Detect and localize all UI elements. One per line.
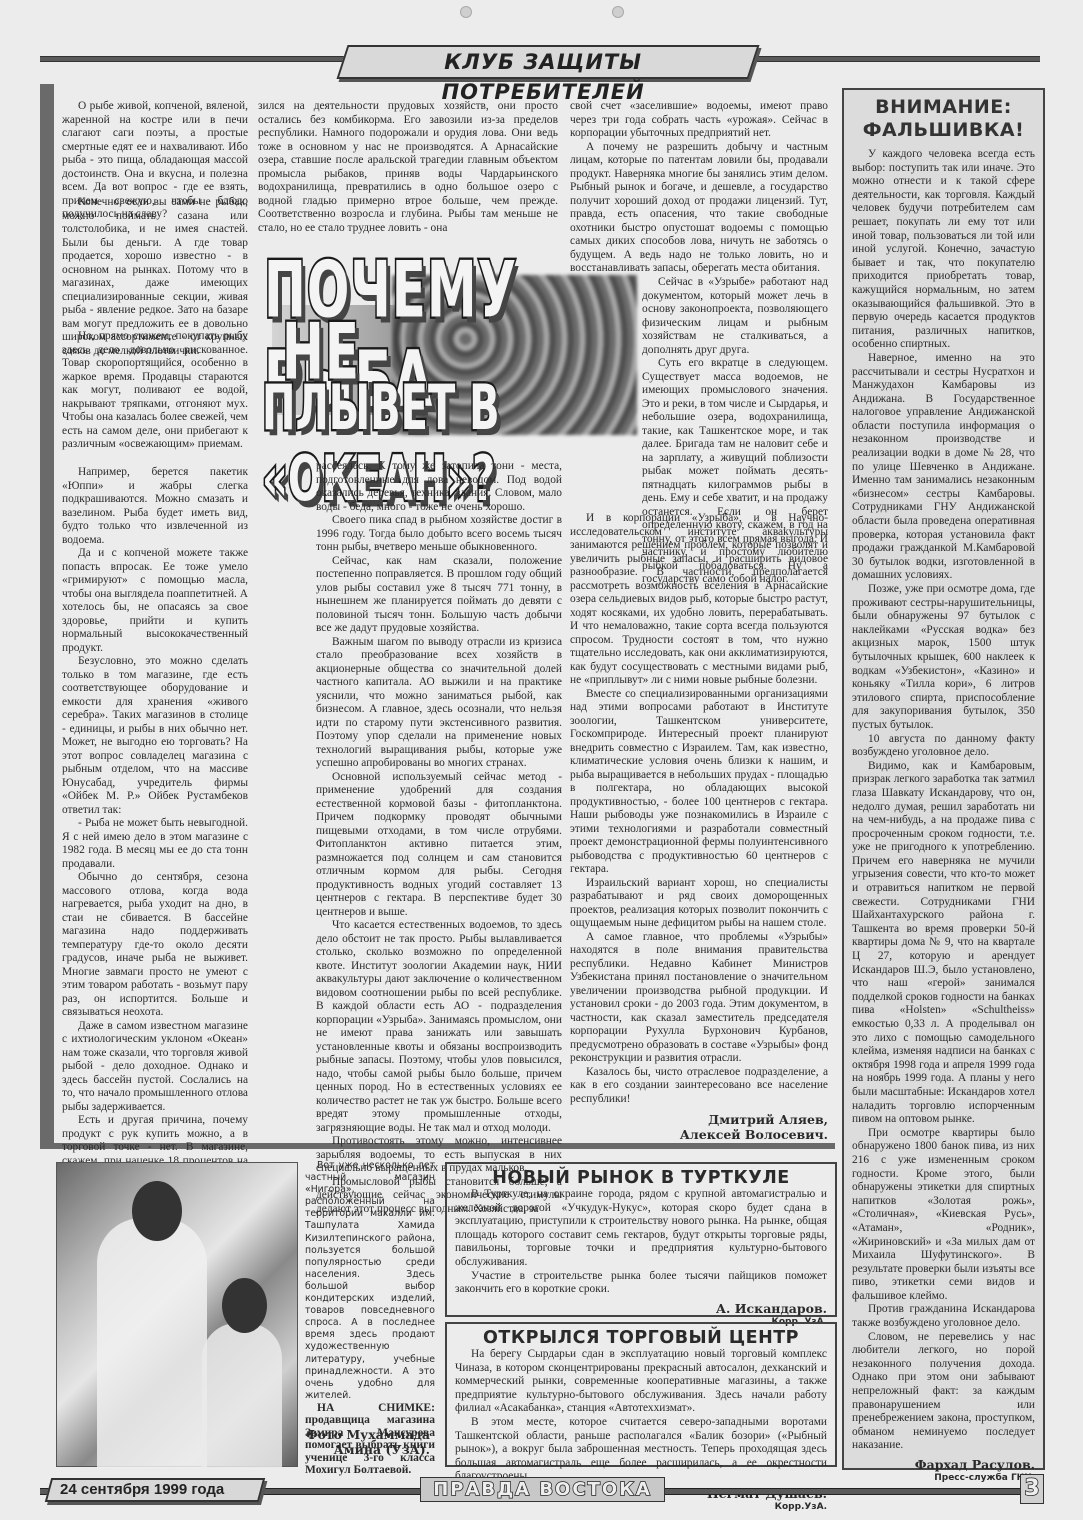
- paragraph: Например, берется пакетик «Юппи» и жабры…: [62, 466, 248, 547]
- sidebar-title-line-2: ФАЛЬШИВКА!: [852, 119, 1035, 142]
- paragraph: Наверное, именно на это рассчитывали и с…: [852, 352, 1035, 583]
- box-title: ОТКРЫЛСЯ ТОРГОВЫЙ ЦЕНТР: [455, 1328, 827, 1348]
- paragraph: Что касается естественных водоемов, то з…: [316, 919, 562, 1135]
- author-line-1: Дмитрий Аляев,: [570, 1112, 828, 1127]
- photo-figure-saleswoman: [97, 1218, 207, 1468]
- paragraph: Да и с копченой можете также попасть впр…: [62, 547, 248, 655]
- photo-credit: Фото Мухаммада Амина (УзА).: [305, 1427, 430, 1457]
- paragraph: Казалось бы, чисто отраслевое подразделе…: [570, 1066, 828, 1107]
- article-column-1-narrow: Но, прямо скажем, покупать рыбу здесь де…: [62, 330, 248, 452]
- paragraph: Но, прямо скажем, покупать рыбу здесь де…: [62, 330, 248, 452]
- paragraph: - Рыба не может быть невыгодной. Я с ней…: [62, 817, 248, 871]
- sidebar-fake-goods: ВНИМАНИЕ: ФАЛЬШИВКА! У каждого человека …: [842, 88, 1045, 1470]
- paragraph: И в корпорации «Узрыба», и в Научно-иссл…: [570, 512, 828, 688]
- punch-hole: [612, 6, 624, 18]
- paragraph: 10 августа по данному факту возбуждено у…: [852, 733, 1035, 760]
- box-text: На берегу Сырдарьи сдан в эксплуатацию н…: [455, 1348, 827, 1484]
- news-box-new-market: НОВЫЙ РЫНОК В ТУРТКУЛЕ В Турткуле, на ок…: [445, 1162, 837, 1317]
- paragraph: Своего пика спад в рыбном хозяйстве дост…: [316, 514, 562, 555]
- paragraph: В этом месте, которое считается северо-з…: [455, 1416, 827, 1484]
- paragraph: У каждого человека всегда есть выбор: по…: [852, 148, 1035, 352]
- paragraph: Безусловно, это можно сделать только в т…: [62, 655, 248, 817]
- paragraph: На берегу Сырдарьи сдан в эксплуатацию н…: [455, 1348, 827, 1416]
- paragraph: Сейчас в «Узрыбе» работают над документо…: [642, 276, 828, 357]
- author-line-2: Алексей Волосевич.: [570, 1127, 828, 1142]
- shop-photo: [56, 1162, 298, 1467]
- paragraph: Даже в самом известном магазине с ихтиол…: [62, 1020, 248, 1115]
- paragraph: Позже, уже при осмотре дома, где прожива…: [852, 583, 1035, 733]
- article-column-2-top: зился на деятельности прудовых хозяйств,…: [258, 100, 558, 235]
- punch-hole: [460, 6, 472, 18]
- section-rubric: КЛУБ ЗАЩИТЫ ПОТРЕБИТЕЛЕЙ: [336, 45, 759, 79]
- photo-figure-girl: [202, 1323, 282, 1468]
- newspaper-page: КЛУБ ЗАЩИТЫ ПОТРЕБИТЕЛЕЙ О рыбе живой, к…: [0, 0, 1083, 1520]
- article-column-3: свой счет «заселившие» водоемы, имеют пр…: [570, 100, 828, 276]
- issue-date-box: 24 сентября 1999 года: [45, 1478, 265, 1502]
- paragraph: Против гражданина Искандарова также возб…: [852, 1303, 1035, 1330]
- paragraph: Словом, не перевелись у нас любители лег…: [852, 1331, 1035, 1453]
- photo-text: Вот уже несколько лет частный магазин «Н…: [305, 1160, 435, 1402]
- newspaper-masthead: ПРАВДА ВОСТОКА: [420, 1477, 665, 1502]
- sidebar-author: Фархад Расулов.: [852, 1457, 1035, 1472]
- paragraph: зился на деятельности прудовых хозяйств,…: [258, 100, 558, 235]
- page-number: 3: [1020, 1474, 1044, 1504]
- photo-figure-head: [222, 1278, 267, 1333]
- article-column-3-lower: И в корпорации «Узрыба», и в Научно-иссл…: [570, 512, 828, 1142]
- box-author: А. Искандаров.: [455, 1301, 827, 1316]
- box-author-role: Корр.УзА.: [455, 1501, 827, 1513]
- article-column-2: рассеялась. К тому же затопила тони - ме…: [316, 460, 562, 1216]
- issue-date: 24 сентября 1999 года: [50, 1480, 260, 1500]
- paragraph: Сейчас, как нам сказали, положение посте…: [316, 555, 562, 636]
- paragraph: Израильский вариант хорош, но специалист…: [570, 877, 828, 931]
- photo-figure-head: [132, 1181, 182, 1241]
- paragraph: Основной используемый сейчас метод - при…: [316, 771, 562, 920]
- paragraph: свой счет «заселившие» водоемы, имеют пр…: [570, 100, 828, 141]
- paragraph: А самое главное, что проблемы «Узрыбы» н…: [570, 931, 828, 1066]
- paragraph: рассеялась. К тому же затопила тони - ме…: [316, 460, 562, 514]
- paragraph: А почему не разрешить добычу и частным л…: [570, 141, 828, 276]
- box-title: НОВЫЙ РЫНОК В ТУРТКУЛЕ: [455, 1168, 827, 1188]
- sidebar-text: У каждого человека всегда есть выбор: по…: [852, 148, 1035, 1453]
- paragraph: Обычно до сентября, сезона массового отл…: [62, 871, 248, 1020]
- sidebar-title-line-1: ВНИМАНИЕ:: [852, 96, 1035, 119]
- paragraph: Важным шагом по выводу отрасли из кризис…: [316, 636, 562, 771]
- paragraph: В Турткуле, на окраине города, рядом с к…: [455, 1188, 827, 1270]
- news-box-trade-center: ОТКРЫЛСЯ ТОРГОВЫЙ ЦЕНТР На берегу Сырдар…: [445, 1322, 837, 1467]
- paragraph: При осмотре квартиры было обнаружено 180…: [852, 1127, 1035, 1304]
- sidebar-author-role: Пресс-служба ГНК.: [852, 1472, 1035, 1484]
- paragraph: Видимо, как и Камбаровым, призрак легког…: [852, 760, 1035, 1127]
- paragraph: Участие в строительстве рынка более тыся…: [455, 1270, 827, 1297]
- box-text: В Турткуле, на окраине города, рядом с к…: [455, 1188, 827, 1297]
- paragraph: Вместе со специализированными организаци…: [570, 688, 828, 877]
